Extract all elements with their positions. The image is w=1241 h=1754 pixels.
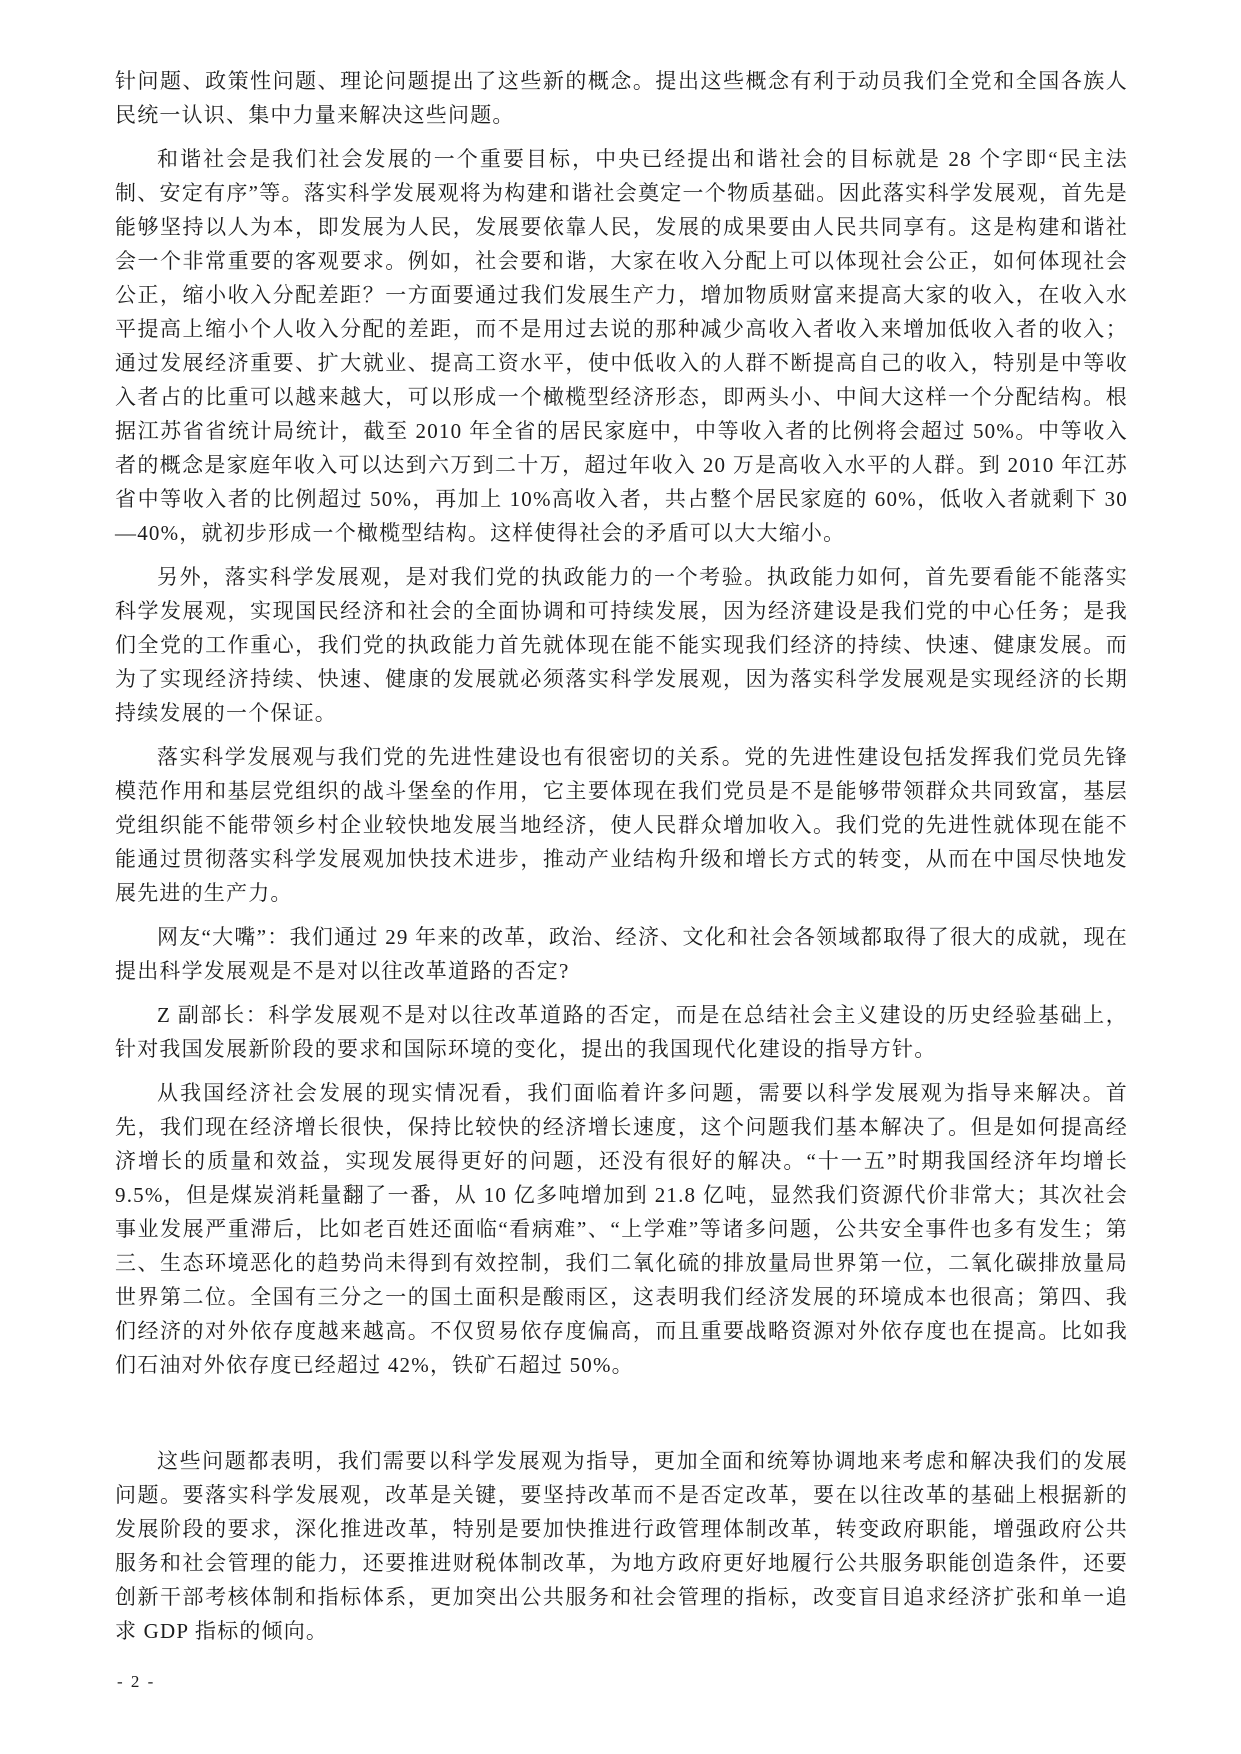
paragraph: Z 副部长：科学发展观不是对以往改革道路的否定，而是在总结社会主义建设的历史经验… [115, 998, 1128, 1066]
paragraph: 落实科学发展观与我们党的先进性建设也有很密切的关系。党的先进性建设包括发挥我们党… [115, 740, 1128, 910]
paragraph: 针问题、政策性问题、理论问题提出了这些新的概念。提出这些概念有利于动员我们全党和… [115, 64, 1128, 132]
page-number: - 2 - [117, 1672, 155, 1692]
document-page: 针问题、政策性问题、理论问题提出了这些新的概念。提出这些概念有利于动员我们全党和… [0, 0, 1241, 1754]
paragraph: 这些问题都表明，我们需要以科学发展观为指导，更加全面和统筹协调地来考虑和解决我们… [115, 1444, 1128, 1648]
paragraph: 另外，落实科学发展观，是对我们党的执政能力的一个考验。执政能力如何，首先要看能不… [115, 560, 1128, 730]
document-body: 针问题、政策性问题、理论问题提出了这些新的概念。提出这些概念有利于动员我们全党和… [115, 64, 1128, 1658]
paragraph: 和谐社会是我们社会发展的一个重要目标，中央已经提出和谐社会的目标就是 28 个字… [115, 142, 1128, 550]
paragraph: 网友“大嘴”：我们通过 29 年来的改革，政治、经济、文化和社会各领域都取得了很… [115, 920, 1128, 988]
paragraph: 从我国经济社会发展的现实情况看，我们面临着许多问题，需要以科学发展观为指导来解决… [115, 1076, 1128, 1382]
